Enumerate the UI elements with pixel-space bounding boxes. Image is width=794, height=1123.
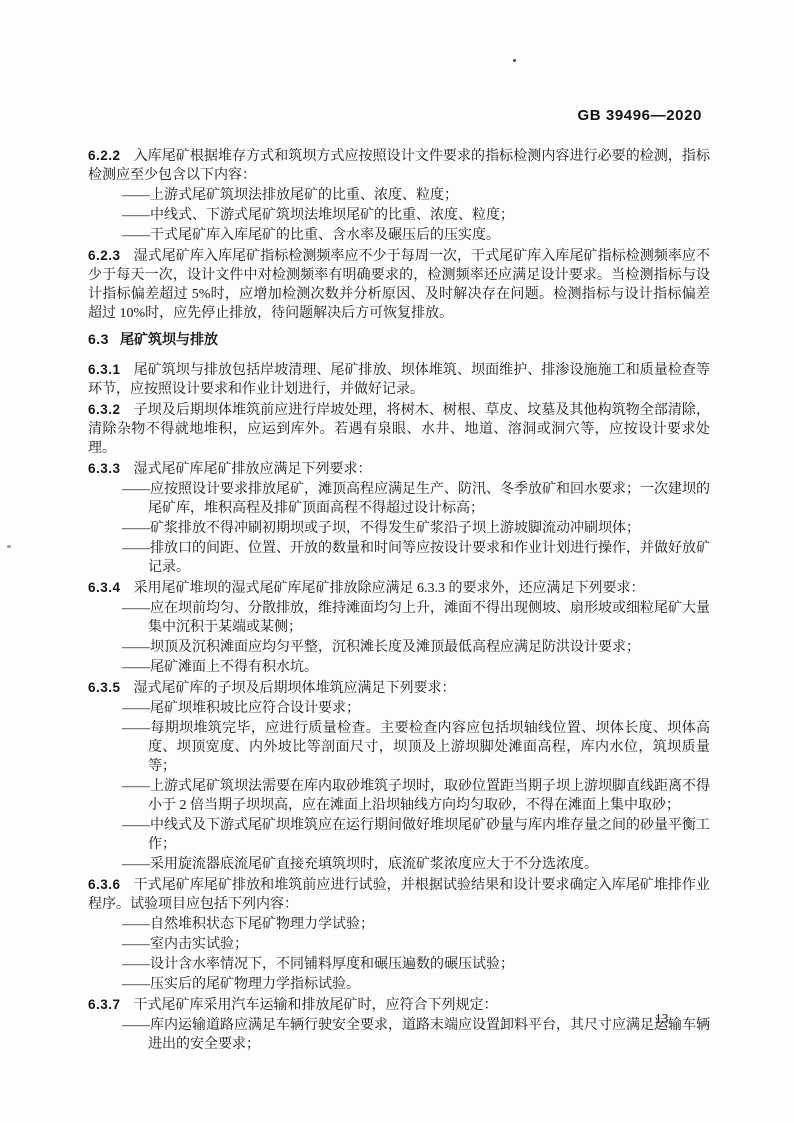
paragraph-text: ——应在坝前均匀、分散排放，维持滩面均匀上升，滩面不得出现侧坡、扇形坡或细粒尾矿…	[122, 601, 710, 635]
list-item: ——室内击实试验；	[88, 935, 710, 954]
paragraph-text: ——尾矿坝堆积坡比应符合设计要求；	[122, 701, 360, 716]
list-item: ——坝顶及沉积滩面应均匀平整，沉积滩长度及滩顶最低高程应满足防洪设计要求；	[88, 638, 710, 657]
paragraph-text: ——排放口的间距、位置、开放的数量和时间等应按设计要求和作业计划进行操作，并做好…	[122, 541, 710, 575]
scan-speck-icon	[513, 59, 516, 62]
list-item: ——上游式尾矿筑坝法需要在库内取砂堆筑子坝时，取砂位置距当期子坝上游坝脚直线距离…	[88, 777, 710, 815]
list-item: ——矿浆排放不得冲刷初期坝或子坝，不得发生矿浆沿子坝上游坡脚流动冲刷坝体；	[88, 519, 710, 538]
list-item: ——中线式、下游式尾矿筑坝法堆坝尾矿的比重、浓度、粒度；	[88, 206, 710, 225]
section-title: 尾矿筑坝与排放	[120, 331, 218, 347]
clause-6.3.3: 6.3.3湿式尾矿库尾矿排放应满足下列要求：	[88, 459, 710, 479]
clause-6.3.6: 6.3.6干式尾矿库尾矿排放和堆筑前应进行试验，并根据试验结果和设计要求确定入库…	[88, 875, 710, 914]
list-item: ——应在坝前均匀、分散排放，维持滩面均匀上升，滩面不得出现侧坡、扇形坡或细粒尾矿…	[88, 599, 710, 637]
paragraph-text: 采用尾矿堆坝的湿式尾矿库尾矿排放除应满足 6.3.3 的要求外，还应满足下列要求…	[134, 581, 645, 596]
paragraph-text: 干式尾矿库尾矿排放和堆筑前应进行试验，并根据试验结果和设计要求确定入库尾矿堆排作…	[88, 878, 710, 912]
clause-6.3.1: 6.3.1尾矿筑坝与排放包括岸坡清理、尾矿排放、坝体堆筑、坝面维护、排渗设施施工…	[88, 360, 710, 399]
paragraph-text: ——应按照设计要求排放尾矿，滩顶高程应满足生产、防汛、冬季放矿和回水要求；一次建…	[122, 482, 710, 516]
list-item: ——中线式及下游式尾矿坝堆筑应在运行期间做好堆坝尾矿砂量与库内堆存量之间的砂量平…	[88, 816, 710, 854]
clause-number: 6.3.3	[88, 461, 121, 476]
list-item: ——应按照设计要求排放尾矿，滩顶高程应满足生产、防汛、冬季放矿和回水要求；一次建…	[88, 480, 710, 518]
document-page: GB 39496—2020 6.2.2入库尾矿根据堆存方式和筑坝方式应按照设计文…	[0, 0, 794, 1123]
standard-number-header: GB 39496—2020	[577, 107, 702, 124]
clause-number: 6.2.3	[88, 248, 121, 263]
clause-6.3.4: 6.3.4采用尾矿堆坝的湿式尾矿库尾矿排放除应满足 6.3.3 的要求外，还应满…	[88, 578, 710, 598]
paragraph-text: ——坝顶及沉积滩面应均匀平整，沉积滩长度及滩顶最低高程应满足防洪设计要求；	[122, 640, 640, 655]
list-item: ——库内运输道路应满足车辆行驶安全要求，道路末端应设置卸料平台，其尺寸应满足运输…	[88, 1016, 710, 1054]
paragraph-text: 湿式尾矿库尾矿排放应满足下列要求：	[134, 462, 372, 477]
list-item: ——排放口的间距、位置、开放的数量和时间等应按设计要求和作业计划进行操作，并做好…	[88, 539, 710, 577]
list-item: ——尾矿滩面上不得有积水坑。	[88, 658, 710, 677]
paragraph-text: 湿式尾矿库的子坝及后期坝体堆筑应满足下列要求：	[134, 681, 456, 696]
paragraph-text: ——干式尾矿库入库尾矿的比重、含水率及碾压后的压实度。	[122, 228, 500, 243]
clause-number: 6.2.2	[88, 148, 121, 163]
clause-number: 6.3.7	[88, 997, 121, 1012]
clause-number: 6.3.1	[88, 362, 121, 377]
clause-number: 6.3.5	[88, 680, 121, 695]
paragraph-text: ——尾矿滩面上不得有积水坑。	[122, 660, 318, 675]
paragraph-text: ——上游式尾矿筑坝法需要在库内取砂堆筑子坝时，取砂位置距当期子坝上游坝脚直线距离…	[122, 779, 710, 813]
paragraph-text: ——中线式、下游式尾矿筑坝法堆坝尾矿的比重、浓度、粒度；	[122, 208, 514, 223]
scan-speck-icon	[7, 545, 11, 548]
paragraph-text: ——压实后的尾矿物理力学指标试验。	[122, 977, 360, 992]
paragraph-text: 干式尾矿库采用汽车运输和排放尾矿时，应符合下列规定：	[134, 998, 498, 1013]
paragraph-text: 尾矿筑坝与排放包括岸坡清理、尾矿排放、坝体堆筑、坝面维护、排渗设施施工和质量检查…	[88, 363, 710, 397]
clause-number: 6.3.6	[88, 877, 121, 892]
paragraph-text: ——矿浆排放不得冲刷初期坝或子坝，不得发生矿浆沿子坝上游坡脚流动冲刷坝体；	[122, 521, 640, 536]
list-item: ——上游式尾矿筑坝法排放尾矿的比重、浓度、粒度；	[88, 186, 710, 205]
list-item: ——设计含水率情况下，不同铺料厚度和碾压遍数的碾压试验；	[88, 955, 710, 974]
clause-6.3.2: 6.3.2子坝及后期坝体堆筑前应进行岸坡处理，将树木、树根、草皮、坟墓及其他构筑…	[88, 400, 710, 458]
list-item: ——干式尾矿库入库尾矿的比重、含水率及碾压后的压实度。	[88, 226, 710, 245]
clause-number: 6.3	[88, 331, 109, 347]
paragraph-text: 子坝及后期坝体堆筑前应进行岸坡处理，将树木、树根、草皮、坟墓及其他构筑物全部清除…	[88, 403, 710, 456]
list-item: ——尾矿坝堆积坡比应符合设计要求；	[88, 699, 710, 718]
clause-6.3.7: 6.3.7干式尾矿库采用汽车运输和排放尾矿时，应符合下列规定：	[88, 995, 710, 1015]
paragraph-text: ——室内击实试验；	[122, 937, 248, 952]
paragraph-text: ——设计含水率情况下，不同铺料厚度和碾压遍数的碾压试验；	[122, 957, 514, 972]
paragraph-text: ——采用旋流器底流尾矿直接充填筑坝时，底流矿浆浓度应大于不分选浓度。	[122, 857, 598, 872]
clause-6.2.2: 6.2.2入库尾矿根据堆存方式和筑坝方式应按照设计文件要求的指标检测内容进行必要…	[88, 146, 710, 185]
page-number: 13	[655, 1011, 669, 1027]
list-item: ——自然堆积状态下尾矿物理力学试验；	[88, 915, 710, 934]
clause-6.2.3: 6.2.3湿式尾矿库入库尾矿指标检测频率应不少于每周一次，干式尾矿库入库尾矿指标…	[88, 246, 710, 323]
list-item: ——每期坝堆筑完毕，应进行质量检查。主要检查内容应包括坝轴线位置、坝体长度、坝体…	[88, 719, 710, 776]
list-item: ——采用旋流器底流尾矿直接充填筑坝时，底流矿浆浓度应大于不分选浓度。	[88, 855, 710, 874]
document-content: 6.2.2入库尾矿根据堆存方式和筑坝方式应按照设计文件要求的指标检测内容进行必要…	[88, 146, 710, 1055]
paragraph-text: 湿式尾矿库入库尾矿指标检测频率应不少于每周一次，干式尾矿库入库尾矿指标检测频率应…	[88, 249, 710, 321]
clause-number: 6.3.2	[88, 402, 121, 417]
clause-6.3.5: 6.3.5湿式尾矿库的子坝及后期坝体堆筑应满足下列要求：	[88, 678, 710, 698]
section-heading-6.3: 6.3尾矿筑坝与排放	[88, 330, 710, 349]
paragraph-text: ——每期坝堆筑完毕，应进行质量检查。主要检查内容应包括坝轴线位置、坝体长度、坝体…	[122, 721, 710, 774]
list-item: ——压实后的尾矿物理力学指标试验。	[88, 975, 710, 994]
paragraph-text: 入库尾矿根据堆存方式和筑坝方式应按照设计文件要求的指标检测内容进行必要的检测，指…	[88, 149, 710, 183]
paragraph-text: ——库内运输道路应满足车辆行驶安全要求，道路末端应设置卸料平台，其尺寸应满足运输…	[122, 1018, 710, 1052]
paragraph-text: ——自然堆积状态下尾矿物理力学试验；	[122, 917, 374, 932]
paragraph-text: ——上游式尾矿筑坝法排放尾矿的比重、浓度、粒度；	[122, 188, 458, 203]
paragraph-text: ——中线式及下游式尾矿坝堆筑应在运行期间做好堆坝尾矿砂量与库内堆存量之间的砂量平…	[122, 818, 710, 852]
clause-number: 6.3.4	[88, 580, 121, 595]
